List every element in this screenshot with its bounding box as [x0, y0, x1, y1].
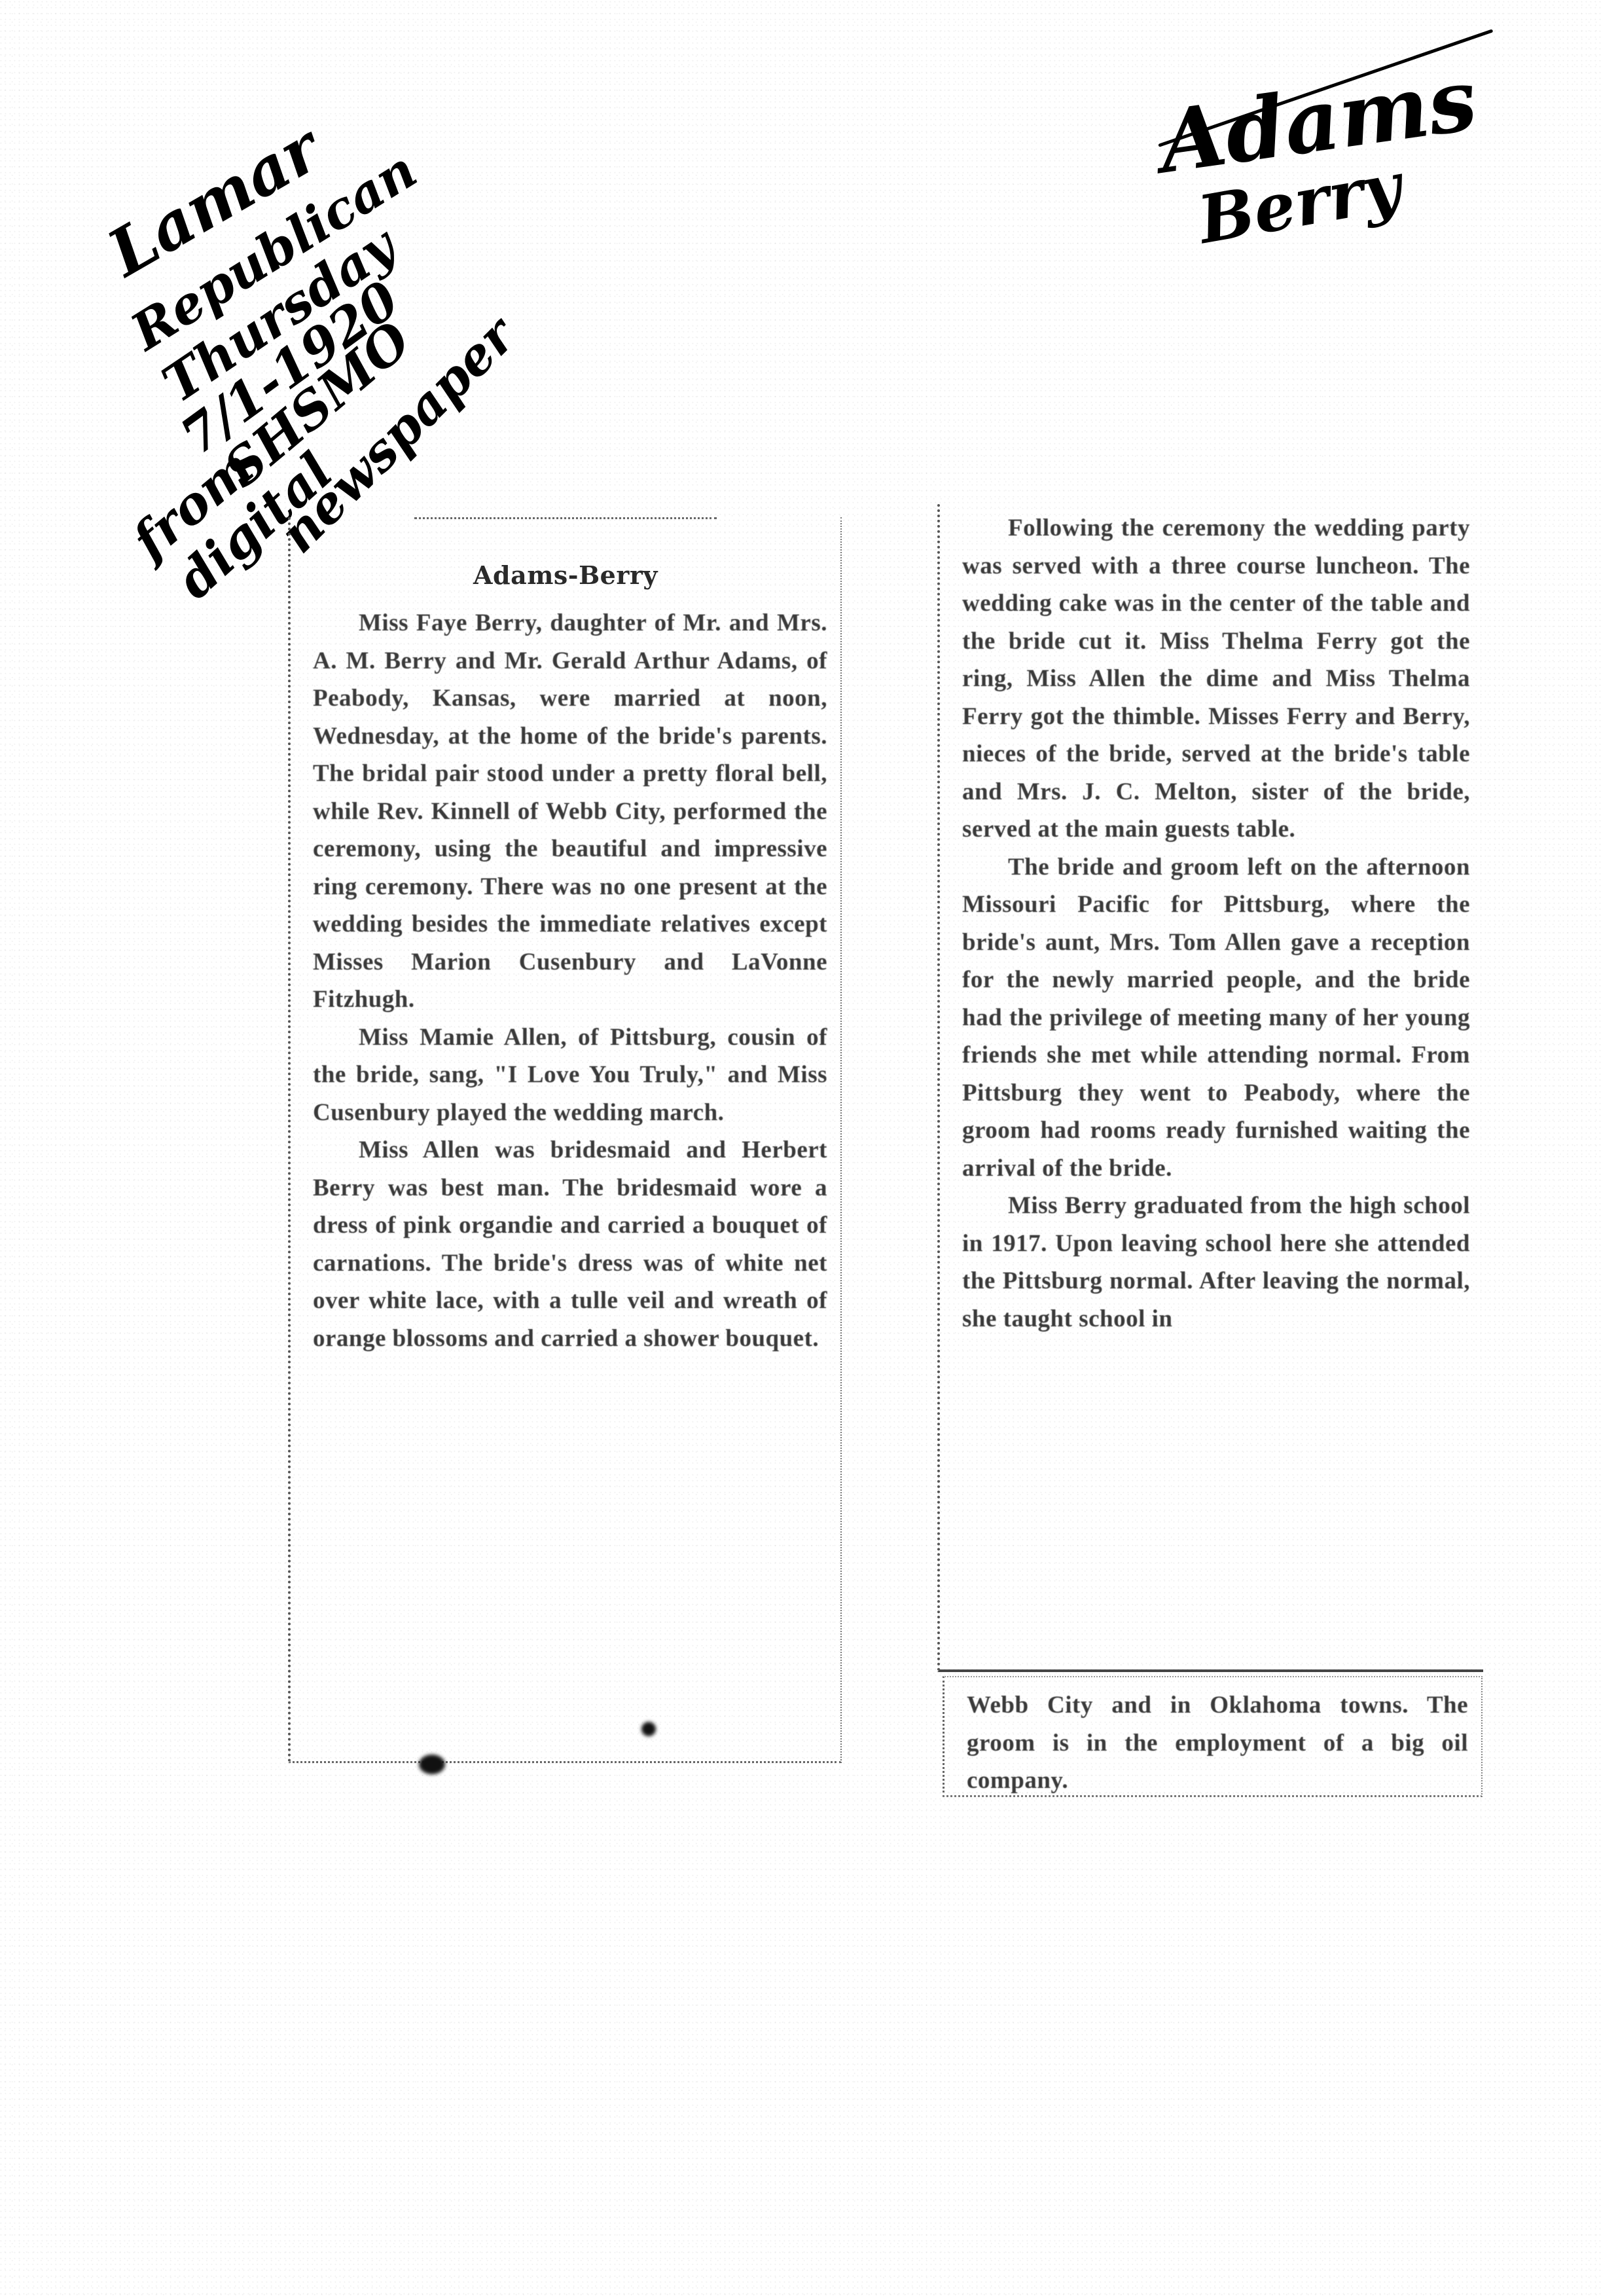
paragraph: Following the ceremony the wedding party…	[962, 509, 1470, 848]
ink-blot	[419, 1755, 445, 1774]
clipping-left-column: Adams-Berry Miss Faye Berry, daughter of…	[288, 517, 842, 1763]
handwritten-source-note: Lamar Republican Thursday 7/1-1920 SHSMO…	[111, 98, 556, 530]
clipping-right-column: Following the ceremony the wedding party…	[937, 504, 1483, 1672]
right-column-text: Following the ceremony the wedding party…	[940, 504, 1483, 1338]
handwritten-title-note: Adams Berry	[1126, 52, 1571, 249]
headline-rule	[414, 517, 717, 521]
paragraph: Webb City and in Oklahoma towns. The gro…	[967, 1686, 1468, 1800]
article-headline: Adams-Berry	[291, 560, 840, 590]
left-column-text: Miss Faye Berry, daughter of Mr. and Mrs…	[291, 604, 840, 1357]
ink-blot	[641, 1722, 656, 1736]
paragraph: Miss Faye Berry, daughter of Mr. and Mrs…	[313, 604, 827, 1019]
paragraph: The bride and groom left on the afternoo…	[962, 848, 1470, 1188]
paragraph: Miss Allen was bridesmaid and Herbert Be…	[313, 1131, 827, 1357]
continuation-text: Webb City and in Oklahoma towns. The gro…	[944, 1677, 1481, 1800]
clipping-continuation: Webb City and in Oklahoma towns. The gro…	[943, 1676, 1483, 1797]
paragraph: Miss Mamie Allen, of Pittsburg, cousin o…	[313, 1019, 827, 1132]
paragraph: Miss Berry graduated from the high schoo…	[962, 1187, 1470, 1338]
